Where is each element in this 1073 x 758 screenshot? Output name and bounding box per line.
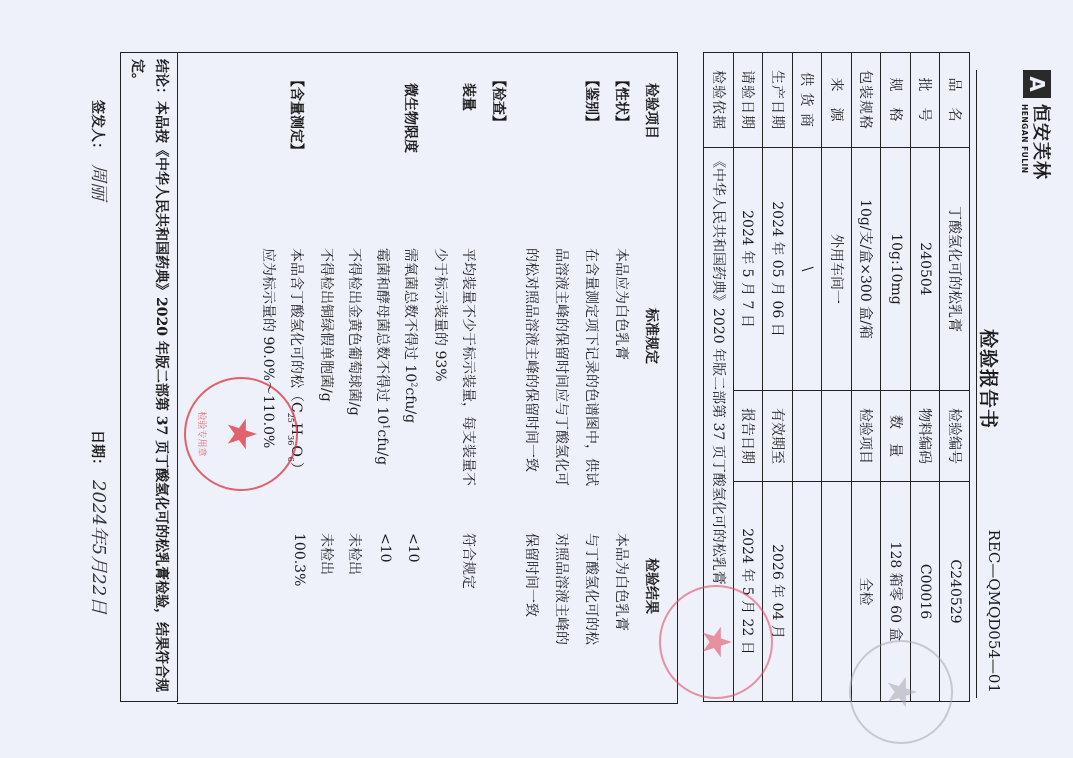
item-microbial-limit: 微生物限度 (401, 83, 421, 153)
standard-line: 的松对照品溶液主峰的保留时间一致 (522, 248, 542, 472)
table-row: 包装规格 10g/支/盒×300 盒/箱 检验项目 全检 (852, 53, 882, 702)
table-row: 来 源 外用车间一 (822, 53, 852, 702)
result-line: 对照品溶液主峰的 (552, 533, 572, 645)
signer: 签发人：周丽 (87, 100, 113, 200)
label: 有效期至 (763, 391, 793, 482)
expiry-date: 2026 年 04 月 (763, 482, 793, 702)
column-header-result: 检验结果 (642, 558, 662, 614)
standard-line: 本品应为白色乳膏 (612, 248, 632, 360)
source: 外用车间一 (822, 148, 852, 391)
conclusion: 结论：本品按《中华人民共和国药典》2020 年版二部第 37 页丁酸氢化可的松乳… (120, 52, 178, 702)
standard-line: 霉菌和酵母菌总数不得过 101cfu/g (373, 248, 393, 465)
section-checks: 【检查】 (489, 73, 509, 129)
faint-stamp: ★ (849, 640, 953, 744)
product-name: 丁酸氢化可的松乳膏 (940, 148, 970, 391)
standard-line: 不得检出金黄色葡萄球菌/g (345, 248, 365, 416)
label: 生产日期 (763, 53, 793, 148)
label: 批 号 (911, 53, 941, 148)
section-assay: 【含量测定】 (287, 73, 307, 157)
standard-line: 需氧菌总数不得过 102cfu/g (401, 248, 421, 423)
column-header-standard: 标准规定 (642, 308, 662, 364)
star-icon: ★ (218, 416, 264, 452)
section-identification: 【鉴别】 (582, 73, 602, 129)
empty-cell (822, 482, 852, 702)
label: 品 名 (940, 53, 970, 148)
sign-date: 日期：2024年5月22日 (87, 430, 113, 614)
label: 规 格 (881, 53, 911, 148)
label: 来 源 (822, 53, 852, 148)
signer-label: 签发人： (89, 100, 105, 156)
label: 数 量 (881, 391, 911, 482)
result-line: 保留时间一致 (522, 533, 542, 617)
result-line: <10 (405, 533, 421, 563)
label: 检验项目 (852, 391, 882, 482)
header-divider (976, 70, 977, 698)
package-spec: 10g/支/盒×300 盒/箱 (852, 148, 882, 391)
label: 报告日期 (734, 391, 764, 482)
result-line: 与丁酸氢化可的松 (582, 533, 602, 645)
table-row: 规 格 10g:10mg 数 量 128 箱零 60 盒 (881, 53, 911, 702)
company-logo: A 恒安芙林 HENGAN FULIN (1020, 70, 1055, 180)
label: 检验编号 (940, 391, 970, 482)
inspection-report-page: A 恒安芙林 HENGAN FULIN 检验报告书 REC—QMQD054—01… (0, 0, 1073, 758)
table-row: 生产日期 2024 年 05 月 06 日 有效期至 2026 年 04 月 (763, 53, 793, 702)
result-line: 未检出 (345, 533, 365, 575)
standard-line: 品溶液主峰的保留时间应与丁酸氢化可 (552, 248, 572, 486)
table-row: 批 号 240504 物料编码 C00016 (911, 53, 941, 702)
company-stamp: ★ 检验专用章 (184, 377, 298, 491)
result-line: 本品为白色乳膏 (612, 533, 632, 631)
empty-cell (822, 391, 852, 482)
result-line: 未检出 (317, 533, 337, 575)
batch-number: 240504 (911, 148, 941, 391)
result-line: 符合规定 (459, 533, 479, 589)
standard-line: 少于标示装量的 93% (431, 248, 451, 382)
empty-cell (793, 482, 823, 702)
star-icon: ★ (878, 674, 924, 710)
column-header-item: 检验项目 (642, 83, 662, 139)
section-appearance: 【性状】 (612, 73, 632, 129)
inspection-stamp: ★ (659, 585, 773, 699)
logo-mark-icon: A (1024, 70, 1052, 98)
supplier: \ (793, 148, 823, 391)
standard-line: 平均装量不少于标示装量，每支装量不 (459, 248, 479, 486)
label: 物料编码 (911, 391, 941, 482)
specification: 10g:10mg (881, 148, 911, 391)
date-label: 日期： (89, 430, 105, 472)
result-line: 100.3% (291, 533, 307, 586)
label: 检验依据 (704, 53, 734, 148)
document-code: REC—QMQD054—01 (985, 530, 1003, 693)
request-date: 2024 年 5 月 7 日 (734, 148, 764, 391)
manufacture-date: 2024 年 05 月 06 日 (763, 148, 793, 391)
label: 包装规格 (852, 53, 882, 148)
table-row: 品 名 丁酸氢化可的松乳膏 检验编号 C240529 (940, 53, 970, 702)
label: 请验日期 (734, 53, 764, 148)
standard-line: 不得检出铜绿假单胞菌/g (317, 248, 337, 402)
signer-signature: 周丽 (88, 164, 109, 200)
logo-cn: 恒安芙林 (1029, 104, 1055, 180)
logo-en: HENGAN FULIN (1020, 104, 1029, 180)
result-line: <10 (377, 533, 393, 563)
table-row: 供 货 商 \ (793, 53, 823, 702)
label: 供 货 商 (793, 53, 823, 148)
date-signature: 2024年5月22日 (88, 480, 109, 614)
empty-cell (793, 391, 823, 482)
item-fill-volume: 装量 (459, 83, 479, 111)
standard-line: 在含量测定项下记录的色谱图中，供试 (582, 248, 602, 486)
star-icon: ★ (693, 624, 739, 660)
